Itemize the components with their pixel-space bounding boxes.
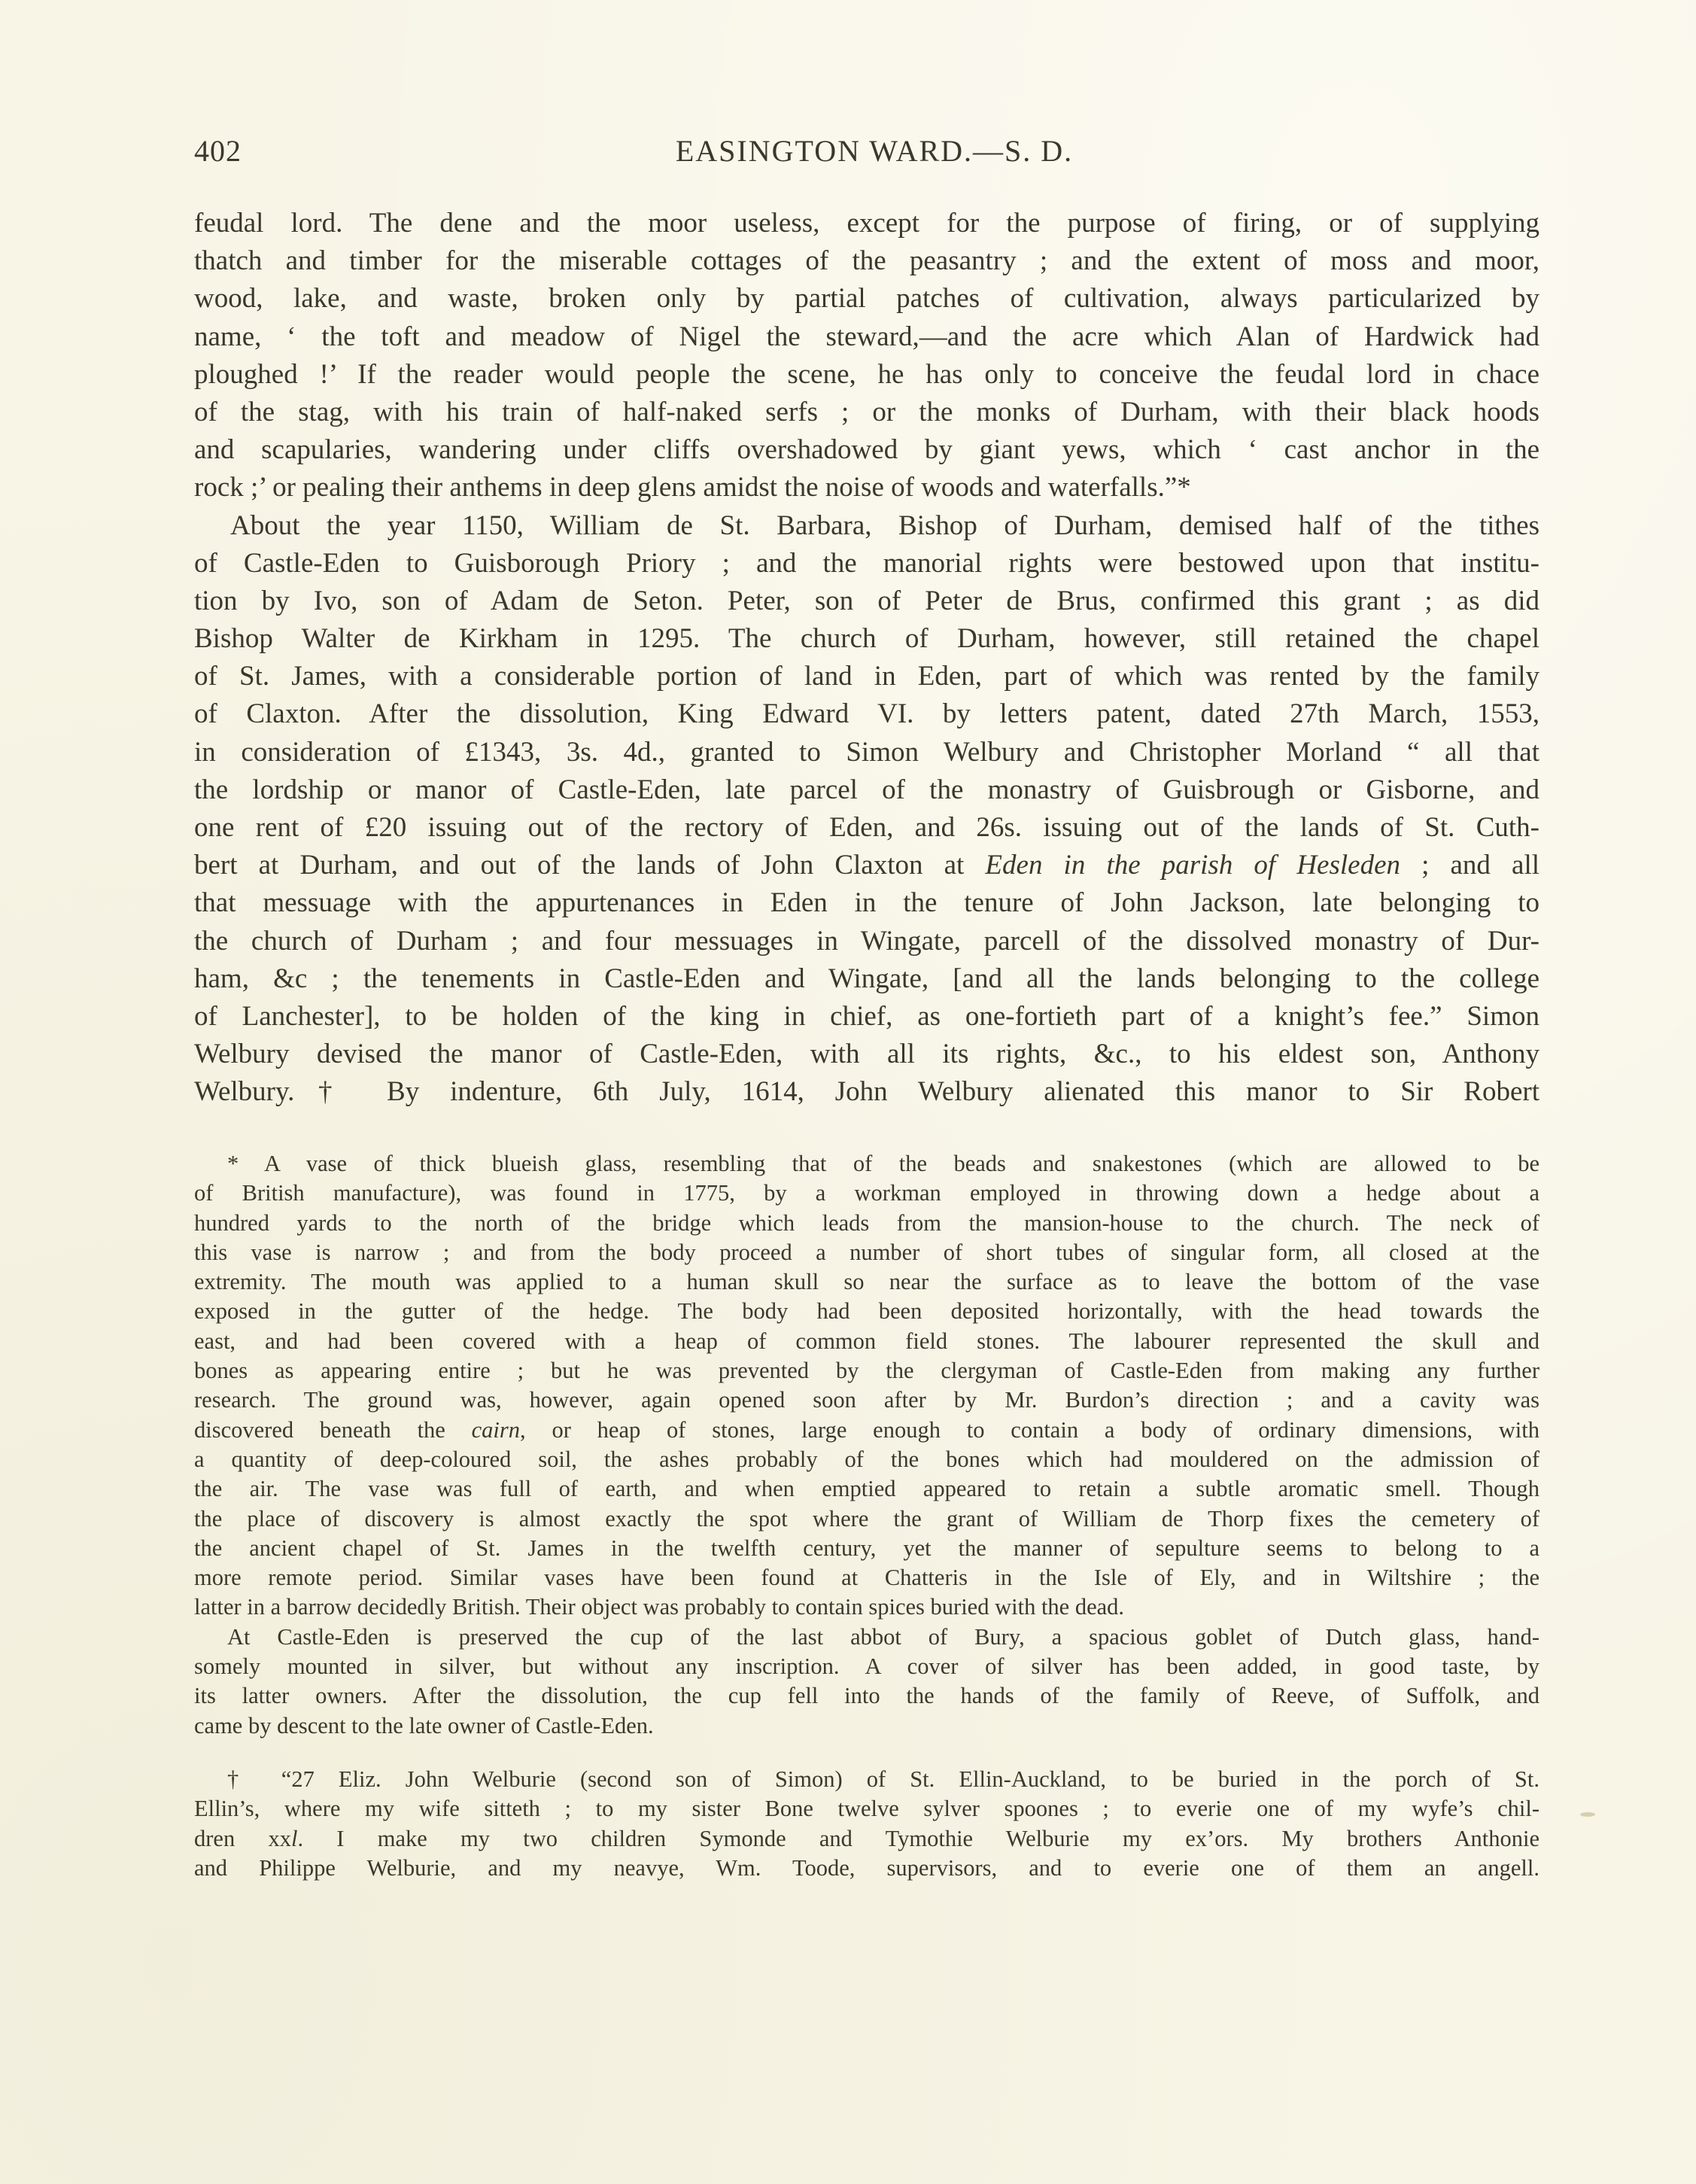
footnote-line: this vase is narrow ; and from the body … bbox=[194, 1238, 1539, 1267]
text-line: Bishop Walter de Kirkham in 1295. The ch… bbox=[194, 620, 1539, 658]
text-line: of Lanchester], to be holden of the king… bbox=[194, 998, 1539, 1036]
text-line: ham, &c ; the tenements in Castle-Eden a… bbox=[194, 960, 1539, 998]
footnote-line: Ellin’s, where my wife sitteth ; to my s… bbox=[194, 1794, 1539, 1824]
footnote-line: * A vase of thick blueish glass, resembl… bbox=[194, 1149, 1539, 1179]
footnote-line: of British manufacture), was found in 17… bbox=[194, 1179, 1539, 1208]
footnote-line: came by descent to the late owner of Cas… bbox=[194, 1711, 1539, 1741]
text-line: feudal lord. The dene and the moor usele… bbox=[194, 205, 1539, 242]
footnote-line: extremity. The mouth was applied to a hu… bbox=[194, 1267, 1539, 1297]
text-line: Welbury devised the manor of Castle-Eden… bbox=[194, 1036, 1539, 1073]
text-line: one rent of £20 issuing out of the recto… bbox=[194, 809, 1539, 847]
footnote-line: exposed in the gutter of the hedge. The … bbox=[194, 1297, 1539, 1326]
footnote-asterisk: * A vase of thick blueish glass, resembl… bbox=[194, 1149, 1539, 1741]
footnote-line: discovered beneath the cairn, or heap of… bbox=[194, 1416, 1539, 1445]
text-line: in consideration of £1343, 3s. 4d., gran… bbox=[194, 734, 1539, 771]
footnote-line: the ancient chapel of St. James in the t… bbox=[194, 1534, 1539, 1563]
text-line: of Castle-Eden to Guisborough Priory ; a… bbox=[194, 545, 1539, 583]
text-line: and scapularies, wandering under cliffs … bbox=[194, 431, 1539, 469]
footnote-line: a quantity of deep-coloured soil, the as… bbox=[194, 1445, 1539, 1474]
text-line: ploughed !’ If the reader would people t… bbox=[194, 356, 1539, 394]
italic-phrase: cairn bbox=[472, 1417, 520, 1443]
footnote-dagger: † “27 Eliz. John Welburie (second son of… bbox=[194, 1765, 1539, 1883]
footnote-line: its latter owners. After the dissolution… bbox=[194, 1681, 1539, 1711]
text-line: of St. James, with a considerable portio… bbox=[194, 658, 1539, 695]
text-line: bert at Durham, and out of the lands of … bbox=[194, 847, 1539, 884]
text-line: About the year 1150, William de St. Barb… bbox=[194, 507, 1539, 545]
italic-phrase: l bbox=[291, 1826, 297, 1851]
text-line: the church of Durham ; and four messuage… bbox=[194, 923, 1539, 960]
footnote-line: the air. The vase was full of earth, and… bbox=[194, 1474, 1539, 1504]
running-head: EASINGTON WARD.—S. D. bbox=[194, 132, 1539, 170]
text-line: that messuage with the appurtenances in … bbox=[194, 884, 1539, 922]
footnote-line: At Castle-Eden is preserved the cup of t… bbox=[194, 1623, 1539, 1652]
text-line: the lordship or manor of Castle-Eden, la… bbox=[194, 771, 1539, 809]
footnote-line: the place of discovery is almost exactly… bbox=[194, 1504, 1539, 1534]
footnote-line: hundred yards to the north of the bridge… bbox=[194, 1209, 1539, 1238]
text-line: rock ;’ or pealing their anthems in deep… bbox=[194, 469, 1539, 506]
footnote-line: east, and had been covered with a heap o… bbox=[194, 1327, 1539, 1356]
page-header: 402 EASINGTON WARD.—S. D. bbox=[194, 132, 1539, 170]
italic-phrase: Eden in the parish of Hesleden bbox=[985, 850, 1400, 881]
text-line: of the stag, with his train of half-nake… bbox=[194, 394, 1539, 431]
footnote-line: dren xxl. I make my two children Symonde… bbox=[194, 1824, 1539, 1854]
footnote-line: latter in a barrow decidedly British. Th… bbox=[194, 1592, 1539, 1622]
footnote-line: and Philippe Welburie, and my neavye, Wm… bbox=[194, 1854, 1539, 1883]
paper-blemish bbox=[1580, 1812, 1595, 1817]
text-line: tion by Ivo, son of Adam de Seton. Peter… bbox=[194, 583, 1539, 620]
text-line: name, ‘ the toft and meadow of Nigel the… bbox=[194, 318, 1539, 356]
main-body-text: feudal lord. The dene and the moor usele… bbox=[194, 205, 1539, 1112]
text-line: of Claxton. After the dissolution, King … bbox=[194, 695, 1539, 733]
footnote-line: bones as appearing entire ; but he was p… bbox=[194, 1356, 1539, 1386]
footnote-line: research. The ground was, however, again… bbox=[194, 1386, 1539, 1415]
footnote-line: † “27 Eliz. John Welburie (second son of… bbox=[194, 1765, 1539, 1794]
text-line: thatch and timber for the miserable cott… bbox=[194, 242, 1539, 280]
footnote-line: more remote period. Similar vases have b… bbox=[194, 1563, 1539, 1592]
text-line: wood, lake, and waste, broken only by pa… bbox=[194, 280, 1539, 318]
footnote-line: somely mounted in silver, but without an… bbox=[194, 1652, 1539, 1681]
text-line: Welbury.† By indenture, 6th July, 1614, … bbox=[194, 1073, 1539, 1111]
